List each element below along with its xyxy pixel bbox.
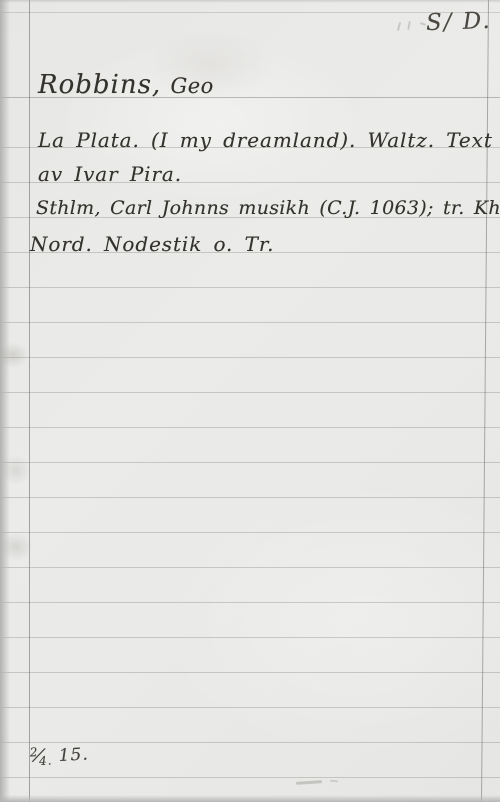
- ruled-line: [0, 672, 500, 673]
- left-margin-line: [29, 0, 30, 802]
- heading-author: Robbins, Geo: [38, 70, 214, 100]
- faint-pencil-mark: [407, 21, 411, 30]
- text-author-line: av Ivar Pira.: [38, 162, 182, 186]
- ruled-line: [0, 707, 500, 708]
- title-line: La Plata. (I my dreamland). Waltz. Text: [38, 128, 493, 152]
- ruled-line: [0, 357, 500, 358]
- heading-given-name: Geo: [170, 74, 213, 98]
- scan-edge-top: [0, 0, 500, 3]
- right-margin-line: [481, 0, 489, 802]
- pencil-smudge: [296, 780, 322, 785]
- scan-edge-left: [0, 0, 10, 802]
- ruled-line: [0, 602, 500, 603]
- shelfmark: S/ D.: [426, 8, 493, 36]
- imprint-continuation-line: Nord. Nodestik o. Tr.: [30, 232, 274, 256]
- pencil-smudge: [330, 780, 338, 783]
- ruled-line: [0, 567, 500, 568]
- faint-pencil-mark: [397, 22, 401, 31]
- ruled-line: [0, 427, 500, 428]
- date-year: 15.: [58, 744, 89, 766]
- ruled-line: [0, 322, 500, 323]
- heading-surname: Robbins,: [38, 70, 161, 100]
- ruled-line: [0, 637, 500, 638]
- ruled-line: [0, 287, 500, 288]
- ruled-line: [0, 497, 500, 498]
- date-note: 2⁄4. 15.: [29, 742, 89, 768]
- catalog-card-scan: S/ D. Robbins, Geo La Plata. (I my dream…: [0, 0, 500, 802]
- ruled-line: [0, 392, 500, 393]
- imprint-line: Sthlm, Carl Johnns musikh (C.J. 1063); t…: [36, 197, 500, 219]
- ruled-line: [0, 532, 500, 533]
- ruled-line: [0, 777, 500, 778]
- scan-edge-bottom: [0, 795, 500, 802]
- ruled-line: [0, 462, 500, 463]
